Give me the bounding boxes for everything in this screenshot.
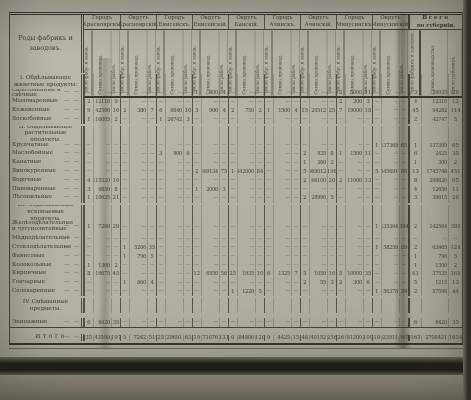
table-cell: — [192,318,201,327]
table-cell [300,205,309,220]
table-row: Желѣзодѣлательные и чугунолитейные172002… [10,220,462,235]
table-cell: — [363,194,372,203]
row-label-text: IV. Смѣшанные предметы. [13,299,78,312]
table-cell: — [273,318,292,327]
table-cell: 1 [372,244,381,253]
sub-header-row: Число фабр. и завод.Сумма производ.Число… [84,30,462,97]
table-cell [372,126,381,141]
table-cell: — [372,176,381,185]
table-cell: — [201,279,220,288]
row-label: Фаянсовые [10,252,84,261]
table-cell: 65 [448,141,462,150]
row-label-text: Экипажные [12,320,47,326]
table-cell: — [120,168,129,177]
table-cell [309,205,328,220]
table-cell: — [219,159,228,168]
row-label-text: Салотопенные и свѣчные [12,89,67,98]
table-cell: 169 [448,270,462,279]
table-cell: — [219,141,228,150]
table-cell: — [327,261,336,270]
table-cell: — [291,185,300,194]
table-cell [291,205,300,220]
table-cell: — [192,252,201,261]
table-cell: — [129,318,148,327]
table-cell: 380 [129,107,148,116]
table-cell: 2 [300,194,309,203]
table-cell: — [363,141,372,150]
table-cell: 16675 [93,270,112,279]
table-cell: 2 [448,261,462,270]
table-cell: 198 [327,168,336,177]
table-cell: 84 [255,168,264,177]
table-cell: — [309,220,328,235]
table-cell: 684806 [237,335,256,341]
table-cell: — [273,115,292,124]
table-cell [255,126,264,141]
table-cell: 2 [448,159,462,168]
table-cell: — [372,107,381,116]
table-cell: 12650 [421,185,448,194]
table-cell: — [345,252,364,261]
table-cell: — [156,244,165,253]
table-cell: — [93,244,112,253]
group-header-line1: Всего [422,15,450,23]
table-cell: — [147,235,156,244]
table-cell: — [327,185,336,194]
table-row: Воскобойные1160052———1267423————————————… [10,115,462,124]
table-cell: — [165,261,184,270]
table-cell: 124 [448,244,462,253]
table-cell: 5206 [129,244,148,253]
row-label: Гончарные [10,279,84,288]
table-cell: — [219,176,228,185]
table-cell: — [237,176,256,185]
row-label-text: Кирпичные [12,271,46,277]
table-cell: 4 [84,176,93,185]
sub-header: Число фабр. и завод. [228,30,237,95]
table-cell: — [120,194,129,203]
table-cell: — [129,194,148,203]
table-cell: 9 [111,98,120,107]
table-cell: — [183,194,192,203]
table-cell: — [399,194,408,203]
table-cell: — [399,185,408,194]
table-cell: 16 [327,270,336,279]
group-header-line1: Округъ [128,15,148,22]
table-cell: 26742 [165,115,184,124]
table-cell: 6 [408,318,421,327]
table-cell [273,298,292,313]
table-cell [255,298,264,313]
table-cell: 2 [327,159,336,168]
table-cell: — [372,279,381,288]
table-cell: 299826 [421,176,448,185]
table-cell: — [228,115,237,124]
table-cell: — [255,220,264,235]
table-cell: 65 [399,141,408,150]
table-cell: — [201,220,220,235]
table-cell: — [228,235,237,244]
sub-header: Сумма производ. [237,30,256,95]
sub-header: Число рабоч. [363,30,372,95]
table-cell: 2 [111,261,120,270]
stat-table: Роды фабрикъ и заводовъ. ГородъКрасноярс… [9,12,463,345]
table-cell: 796 [129,252,148,261]
row-label: Итого [10,334,84,341]
table-cell: 42747 [421,115,448,124]
table-cell: — [111,252,120,261]
table-cell: 39 [399,288,408,297]
table-cell: — [219,252,228,261]
table-cell: 1 [120,252,129,261]
row-label: IV. Смѣшанные предметы. [10,298,84,313]
table-cell: — [327,235,336,244]
table-cell: — [273,194,292,203]
group-header-row: ГородъКрасноярскъ.ОкругъКрасноярскій.Гор… [84,15,462,30]
table-cell [448,205,462,220]
table-cell: — [372,150,381,159]
table-cell: — [291,176,300,185]
table-cell: — [291,115,300,124]
table-cell: — [165,270,184,279]
table-cell: — [84,141,93,150]
table-row: Стеклодѣлательные———1520635—————————————… [10,244,462,253]
table-cell: — [399,261,408,270]
table-cell: 58259 [381,244,400,253]
table-cell: — [228,279,237,288]
table-cell: 16 [111,176,120,185]
table-cell: — [345,185,364,194]
table-cell [156,298,165,313]
table-cell: — [309,244,328,253]
table-cell: — [255,150,264,159]
table-cell: — [201,244,220,253]
table-cell [183,205,192,220]
table-cell [300,298,309,313]
table-cell: 2 [84,98,93,107]
table-cell: — [183,270,192,279]
table-cell: — [264,98,273,107]
table-title: Роды фабрикъ и заводовъ. [10,15,84,73]
table-cell: — [255,252,264,261]
row-label: III. Обдѣлывающіе ископаемые продукты. [10,205,84,220]
sub-header: Число рабоч. [255,30,264,95]
table-cell [345,298,364,313]
row-label-text: II. Обдѣлывающіе растительные продукты. [13,126,78,141]
group-header-line2: Минусинскій. [371,22,410,29]
table-cell [219,298,228,313]
table-cell: 35 [363,270,372,279]
table-cell: — [120,220,129,235]
table-cell: 1745748 [421,168,448,177]
table-cell: — [201,115,220,124]
table-cell: — [201,235,220,244]
group-header: ГородъМинусинскъ. [336,15,372,29]
table-cell: 2 [300,176,309,185]
sub-header: Число фабр. и завод. [336,30,345,95]
table-cell [255,205,264,220]
table-cell: — [129,220,148,235]
table-cell: 8 [408,176,421,185]
table-cell: 6 [363,279,372,288]
table-cell: 2 [228,107,237,116]
table-cell: — [192,220,201,235]
table-cell: — [300,252,309,261]
group-header-line2: Красноярскій. [118,22,158,29]
table-cell: 56 [219,270,228,279]
row-label: Маслобойные [10,150,84,159]
row-label-text: Винокуренные [12,169,56,175]
table-cell: 300 [345,279,364,288]
table-cell: 6 [408,150,421,159]
row-label-text: Воскобойные [12,117,51,123]
table-cell: — [201,150,220,159]
table-cell: 3 [363,98,372,107]
table-cell: 25 [327,107,336,116]
table-cell: — [300,185,309,194]
row-label: Водочные [10,176,84,185]
table-cell: — [219,150,228,159]
table-cell [165,205,184,220]
table-cell [129,126,148,141]
table-cell: 5 [120,335,129,341]
sub-header: Число рабоч. [111,30,120,95]
table-cell [165,126,184,141]
table-cell: — [237,159,256,168]
table-cell: — [129,235,148,244]
table-cell: 65 [448,176,462,185]
table-cell [327,126,336,141]
table-cell: — [309,235,328,244]
row-label: Канатные [10,159,84,168]
table-cell [183,298,192,313]
group-header-line2: Ачинскъ. [270,22,296,29]
photo-background: Роды фабрикъ и заводовъ. ГородъКрасноярс… [0,0,471,400]
table-cell: 4425 [273,335,292,341]
table-cell: — [448,235,462,244]
table-cell: — [228,220,237,235]
table-cell: 451 [448,168,462,177]
table-cell [309,126,328,141]
table-cell [336,126,345,141]
table-cell [336,205,345,220]
table-cell [448,298,462,313]
table-cell: — [156,318,165,327]
table-cell: — [264,318,273,327]
table-cell: 2 [300,279,309,288]
table-cell: — [345,235,364,244]
table-cell [264,126,273,141]
table-cell: 393 [448,220,462,235]
table-cell: 11 [363,150,372,159]
table-cell: — [255,176,264,185]
table-cell: 15 [291,335,300,341]
table-cell: — [300,244,309,253]
table-cell: 61 [408,270,421,279]
table-cell: — [93,288,112,297]
table-cell: — [300,261,309,270]
table-cell: — [273,279,292,288]
table-cell: — [93,150,112,159]
table-cell: 35 [147,244,156,253]
table-cell: — [273,185,292,194]
table-row: Пивоваренные398508——————120003——————————… [10,185,462,194]
table-cell: — [129,168,148,177]
sub-header: Число фабр. и завод. [192,30,201,95]
table-cell: — [93,168,112,177]
table-cell: — [120,141,129,150]
sub-header: Число фабр. и завод. [300,30,309,95]
table-cell: 120 [255,335,264,341]
table-cell: — [399,159,408,168]
table-cell: 137369 [421,141,448,150]
table-cell: — [255,159,264,168]
table-cell: — [156,176,165,185]
table-cell: — [192,141,201,150]
sub-header: Сумма производ. [309,30,328,95]
sub-header: Число рабочихъ. [448,30,462,95]
sub-header: Число рабоч. [399,30,408,95]
table-cell: — [183,168,192,177]
table-cell: 19000 [345,107,364,116]
table-cell: 5 [448,252,462,261]
table-cell: — [372,159,381,168]
group-header-line2: Красноярскъ. [83,22,121,29]
table-cell: — [165,176,184,185]
table-cell: — [84,279,93,288]
table-cell: — [111,159,120,168]
table-cell: — [300,98,309,107]
table-cell: 10 [372,335,381,341]
table-cell: 2425 [421,150,448,159]
row-label: Кожевенные [10,107,84,116]
table-cell: 1 [408,261,421,270]
table-cell [381,126,400,141]
table-cell: — [84,159,93,168]
table-row: Солеваренные————————————112205—————————1… [10,288,462,297]
table-cell: — [237,252,256,261]
table-cell: 20512 [309,107,328,116]
table-cell [93,205,112,220]
table-cell: — [237,115,256,124]
table-cell: — [147,168,156,177]
group-header-line1: Округъ [308,15,328,22]
table-cell: 1 [372,141,381,150]
table-cell [345,205,364,220]
table-cell: — [237,141,256,150]
table-cell: 57598 [421,288,448,297]
table-cell: — [273,252,292,261]
table-cell: 26 [327,176,336,185]
table-cell: — [219,288,228,297]
table-cell: — [156,159,165,168]
group-header-line2: Ачинскій. [305,22,333,29]
table-cell: — [192,115,201,124]
table-cell: 7 [147,107,156,116]
table-cell: 26 [448,194,462,203]
table-cell: — [336,159,345,168]
sub-header: Сумма производ. [165,30,184,95]
table-cell [408,126,421,141]
table-cell [120,126,129,141]
table-cell: 66100 [309,176,328,185]
table-cell: — [192,261,201,270]
sub-header: Сумма производ. [93,30,112,95]
table-cell: — [381,252,400,261]
table-cell: 16 [111,107,120,116]
table-cell: — [264,168,273,177]
table-cell: — [372,115,381,124]
row-label: Воскобойные [10,115,84,124]
table-cell: — [363,261,372,270]
table-cell: — [147,98,156,107]
table-cell: — [372,270,381,279]
table-cell: — [363,159,372,168]
row-label: II. Обдѣлывающіе растительные продукты. [10,126,84,141]
table-cell: 900 [201,107,220,116]
table-cell: — [201,98,220,107]
sub-header: Число рабоч. [291,30,300,95]
table-cell: — [345,261,364,270]
table-cell: — [129,270,148,279]
table-cell: — [183,261,192,270]
table-cell: — [237,194,256,203]
table-cell: — [291,98,300,107]
group-header-line1: Городъ [273,15,293,22]
table-cell: 6 [183,150,192,159]
table-cell [408,205,421,220]
table-cell: 2 [408,115,421,124]
table-cell: — [147,176,156,185]
table-cell: 5 [372,168,381,177]
table-cell: 9 [264,335,273,341]
table-cell: — [84,168,93,177]
table-cell: — [291,194,300,203]
sub-header: Число фабр. и завод. [372,30,381,95]
table-cell: — [372,235,381,244]
table-cell: 63 [183,335,192,341]
table-cell: — [273,168,292,177]
table-cell [84,298,93,313]
table-cell: — [336,261,345,270]
table-header: Роды фабрикъ и заводовъ. ГородъКрасноярс… [10,15,462,73]
table-cell: — [201,159,220,168]
table-cell: 4 [408,98,421,107]
table-cell: 1 [408,141,421,150]
table-cell: — [201,261,220,270]
table-cell: — [183,252,192,261]
row-label-text: Колокольные [12,263,52,269]
table-cell: — [327,244,336,253]
table-cell: 11000 [345,176,364,185]
group-header-line2: Енисейскъ. [159,22,191,29]
table-cell: — [183,98,192,107]
table-cell: 100 [363,335,372,341]
table-cell: 39615 [421,194,448,203]
sub-header: Число фабр. и завод. [120,30,129,95]
table-cell: — [201,194,220,203]
table-cell: — [228,141,237,150]
row-label: Мѣднодѣлательные [10,235,84,244]
table-cell: 1935 [237,270,256,279]
table-cell: 56378 [381,288,400,297]
table-cell: 9 [84,107,93,116]
table-cell: — [372,194,381,203]
table-cell [309,298,328,313]
table-cell: — [120,288,129,297]
table-cell: — [309,318,328,327]
row-label-text: Фаянсовые [12,254,45,260]
